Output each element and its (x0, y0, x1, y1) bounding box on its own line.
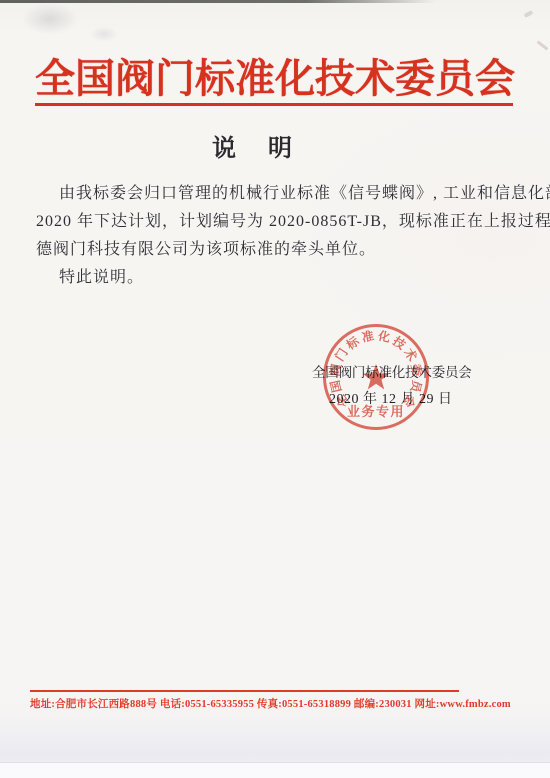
seal-arc-char: 准 (360, 328, 375, 345)
body-line-1: 由我标委会归口管理的机械行业标准《信号蝶阀》, 工业和信息化部于 (36, 180, 516, 208)
official-seal: 全国阀门标准化技术委员会 业务专用 (312, 313, 440, 441)
body-line-3: 德阀门科技有限公司为该项标准的牵头单位。 (36, 236, 516, 264)
scan-smudge (90, 26, 118, 42)
document-heading: 说 明 (0, 128, 508, 163)
footer-rule (30, 690, 459, 692)
document-body: 由我标委会归口管理的机械行业标准《信号蝶阀》, 工业和信息化部于 2020 年下… (36, 180, 516, 292)
seal-bottom-text: 业务专用 (347, 404, 405, 419)
scan-artifact-bottom-shade (0, 714, 550, 762)
seal-arc-char: 国 (328, 379, 344, 394)
body-line-2: 2020 年下达计划，计划编号为 2020-0856T-JB，现标准正在上报过程… (36, 208, 516, 236)
scan-speck (524, 10, 534, 18)
seal-arc-char: 化 (376, 328, 392, 345)
scan-artifact-bottom-edge (0, 762, 550, 778)
letterhead-rule (35, 103, 513, 106)
footer-contact-info: 地址:合肥市长江西路888号 电话:0551-65335955 传真:0551-… (30, 696, 540, 711)
scan-smudge (22, 3, 78, 35)
scanned-document-page: 全国阀门标准化技术委员会 说 明 由我标委会归口管理的机械行业标准《信号蝶阀》,… (0, 0, 550, 778)
star-icon (363, 364, 390, 389)
letterhead-title: 全国阀门标准化技术委员会 (0, 47, 550, 104)
seal-arc-char: 员 (408, 379, 425, 395)
seal-arc-char: 阀 (327, 363, 344, 377)
seal-arc-char: 委 (408, 363, 425, 377)
body-line-4: 特此说明。 (36, 264, 516, 292)
